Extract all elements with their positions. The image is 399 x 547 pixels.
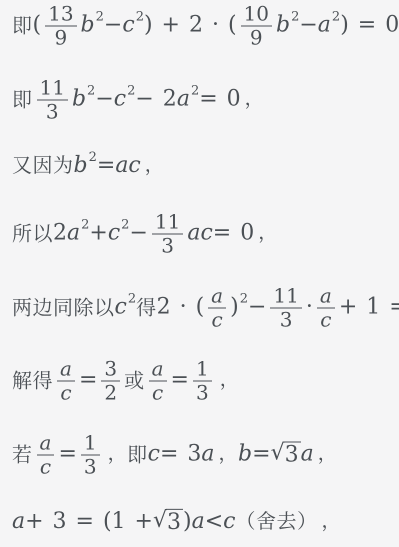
- math-token: = 3: [160, 443, 201, 467]
- cjk-connective: 即: [12, 15, 33, 37]
- math-line-1: 即 ( 139 b2 − c2 ) + 2 · ( 109 b2 − a2 ) …: [12, 4, 399, 49]
- variable: ac: [187, 222, 212, 246]
- cjk-connective: 得: [136, 297, 157, 319]
- variable: c: [114, 88, 126, 112]
- math-token: −: [95, 88, 113, 112]
- math-token: 2 · (: [157, 296, 205, 320]
- variable: b: [276, 14, 290, 38]
- fraction-denominator: 3: [43, 101, 62, 123]
- radical-sign: √: [153, 509, 167, 533]
- variable: b: [81, 14, 95, 38]
- variable: ac: [115, 154, 140, 178]
- exponent: 2: [128, 293, 136, 307]
- fraction-denominator: c: [57, 382, 74, 404]
- cjk-connective: 即: [12, 89, 33, 111]
- fraction-denominator: 3: [158, 235, 177, 257]
- exponent: 2: [87, 85, 95, 99]
- variable: c: [122, 14, 134, 38]
- comma: ，: [245, 90, 265, 111]
- math-line-4: 所以 2 a2 + c2 − 113 ac = 0 ，: [12, 212, 278, 257]
- fraction: 13: [81, 433, 100, 478]
- fraction: ac: [208, 286, 226, 331]
- fraction-denominator: c: [209, 309, 226, 331]
- variable: b: [238, 443, 252, 467]
- fraction-numerator: a: [208, 286, 226, 308]
- math-token: ): [183, 510, 192, 534]
- fraction: 32: [101, 359, 120, 404]
- cjk-connective: 解得: [12, 370, 53, 392]
- fraction: 113: [270, 286, 301, 331]
- fraction: 109: [241, 4, 272, 49]
- cjk-connective: 即: [127, 444, 148, 466]
- square-root: √3: [153, 509, 183, 535]
- exponent: 2: [136, 11, 144, 25]
- math-token: ) = 0: [340, 14, 399, 38]
- variable: b: [74, 154, 88, 178]
- radicand: 3: [166, 509, 183, 535]
- fraction-denominator: 9: [247, 27, 266, 49]
- fraction-numerator: 1: [193, 359, 212, 381]
- comma: ，: [108, 445, 128, 466]
- fraction-denominator: c: [37, 456, 54, 478]
- math-token: +: [89, 222, 107, 246]
- math-token: =: [171, 369, 189, 393]
- exponent: 2: [191, 85, 199, 99]
- fraction-denominator: 3: [81, 456, 100, 478]
- comma: ，: [220, 371, 240, 392]
- fraction: 113: [37, 78, 68, 123]
- math-token: (: [33, 14, 42, 38]
- fraction-numerator: 10: [241, 4, 272, 26]
- math-line-5: 两边同除以 c2 得 2 · ( ac )2 − 113 · ac + 1 = …: [12, 286, 399, 331]
- fraction: 139: [45, 4, 76, 49]
- fraction-numerator: 3: [101, 359, 120, 381]
- math-line-7: 若 ac = 13 ， 即 c = 3 a ， b = √3 a ，: [12, 433, 337, 478]
- math-token: − 2: [135, 88, 176, 112]
- fraction-denominator: 2: [101, 382, 120, 404]
- fraction-numerator: 11: [270, 286, 301, 308]
- fraction-denominator: 9: [51, 27, 70, 49]
- math-token: + 1 = 0: [339, 296, 399, 320]
- exponent: 2: [332, 11, 340, 25]
- math-token: 2: [53, 222, 67, 246]
- variable: a: [12, 510, 25, 534]
- comma: ，: [258, 224, 278, 245]
- exponent: 2: [96, 11, 104, 25]
- square-root: √3: [271, 442, 301, 468]
- exponent: 2: [121, 219, 129, 233]
- fraction: ac: [317, 286, 335, 331]
- fraction-numerator: a: [149, 359, 167, 381]
- fraction-denominator: c: [149, 382, 166, 404]
- discard-note: （舍去）: [236, 511, 318, 533]
- fraction-numerator: a: [57, 359, 75, 381]
- math-token: = 0: [213, 222, 254, 246]
- math-line-6: 解得 ac = 32 或 ac = 13 ，: [12, 359, 239, 404]
- fraction-numerator: a: [317, 286, 335, 308]
- math-token: −: [299, 14, 317, 38]
- exponent: 2: [89, 151, 97, 165]
- fraction: 13: [193, 359, 212, 404]
- variable: c: [108, 222, 120, 246]
- math-token: = 0: [199, 88, 240, 112]
- comma: ，: [318, 445, 338, 466]
- math-token: =: [97, 154, 115, 178]
- math-token: −: [129, 222, 147, 246]
- variable: c: [115, 296, 127, 320]
- math-token: =: [79, 369, 97, 393]
- math-token: −: [104, 14, 122, 38]
- fraction: ac: [37, 433, 55, 478]
- radicand: 3: [284, 442, 301, 468]
- variable: a: [67, 222, 80, 246]
- exponent: 2: [81, 219, 89, 233]
- fraction-denominator: 3: [193, 382, 212, 404]
- exponent: 2: [240, 293, 248, 307]
- math-line-3: 又因为 b2 = ac ，: [12, 154, 164, 178]
- math-line-8: a + 3 = (1 + √3 ) a < c （舍去） ，: [12, 509, 341, 535]
- fraction-numerator: a: [37, 433, 55, 455]
- math-token: <: [205, 510, 223, 534]
- fraction-numerator: 11: [152, 212, 183, 234]
- comma: ，: [322, 512, 342, 533]
- math-token: =: [58, 443, 76, 467]
- variable: b: [72, 88, 86, 112]
- variable: a: [318, 14, 331, 38]
- fraction-numerator: 11: [37, 78, 68, 100]
- variable: c: [148, 443, 160, 467]
- fraction-denominator: c: [317, 309, 334, 331]
- math-token: + 3 = (1 +: [25, 510, 153, 534]
- cjk-connective: 若: [12, 444, 33, 466]
- math-token: =: [252, 443, 270, 467]
- comma: ，: [219, 445, 239, 466]
- variable: a: [192, 510, 205, 534]
- cjk-connective: 又因为: [12, 155, 74, 177]
- comma: ，: [145, 156, 165, 177]
- math-token: ) + 2 · (: [144, 14, 237, 38]
- cjk-connective: 所以: [12, 223, 53, 245]
- variable: a: [301, 443, 314, 467]
- math-token: −: [248, 296, 266, 320]
- exponent: 2: [127, 85, 135, 99]
- variable: a: [201, 443, 214, 467]
- math-token: ·: [306, 296, 313, 320]
- fraction: 113: [152, 212, 183, 257]
- variable: c: [223, 510, 235, 534]
- math-line-2: 即 113 b2 − c2 − 2 a2 = 0 ，: [12, 78, 264, 123]
- fraction-numerator: 1: [81, 433, 100, 455]
- variable: a: [177, 88, 190, 112]
- math-token: ): [230, 296, 239, 320]
- radical-sign: √: [271, 442, 285, 466]
- fraction-numerator: 13: [45, 4, 76, 26]
- cjk-connective: 或: [124, 370, 145, 392]
- fraction: ac: [57, 359, 75, 404]
- fraction: ac: [149, 359, 167, 404]
- fraction-denominator: 3: [277, 309, 296, 331]
- exponent: 2: [291, 11, 299, 25]
- cjk-connective: 两边同除以: [12, 297, 115, 319]
